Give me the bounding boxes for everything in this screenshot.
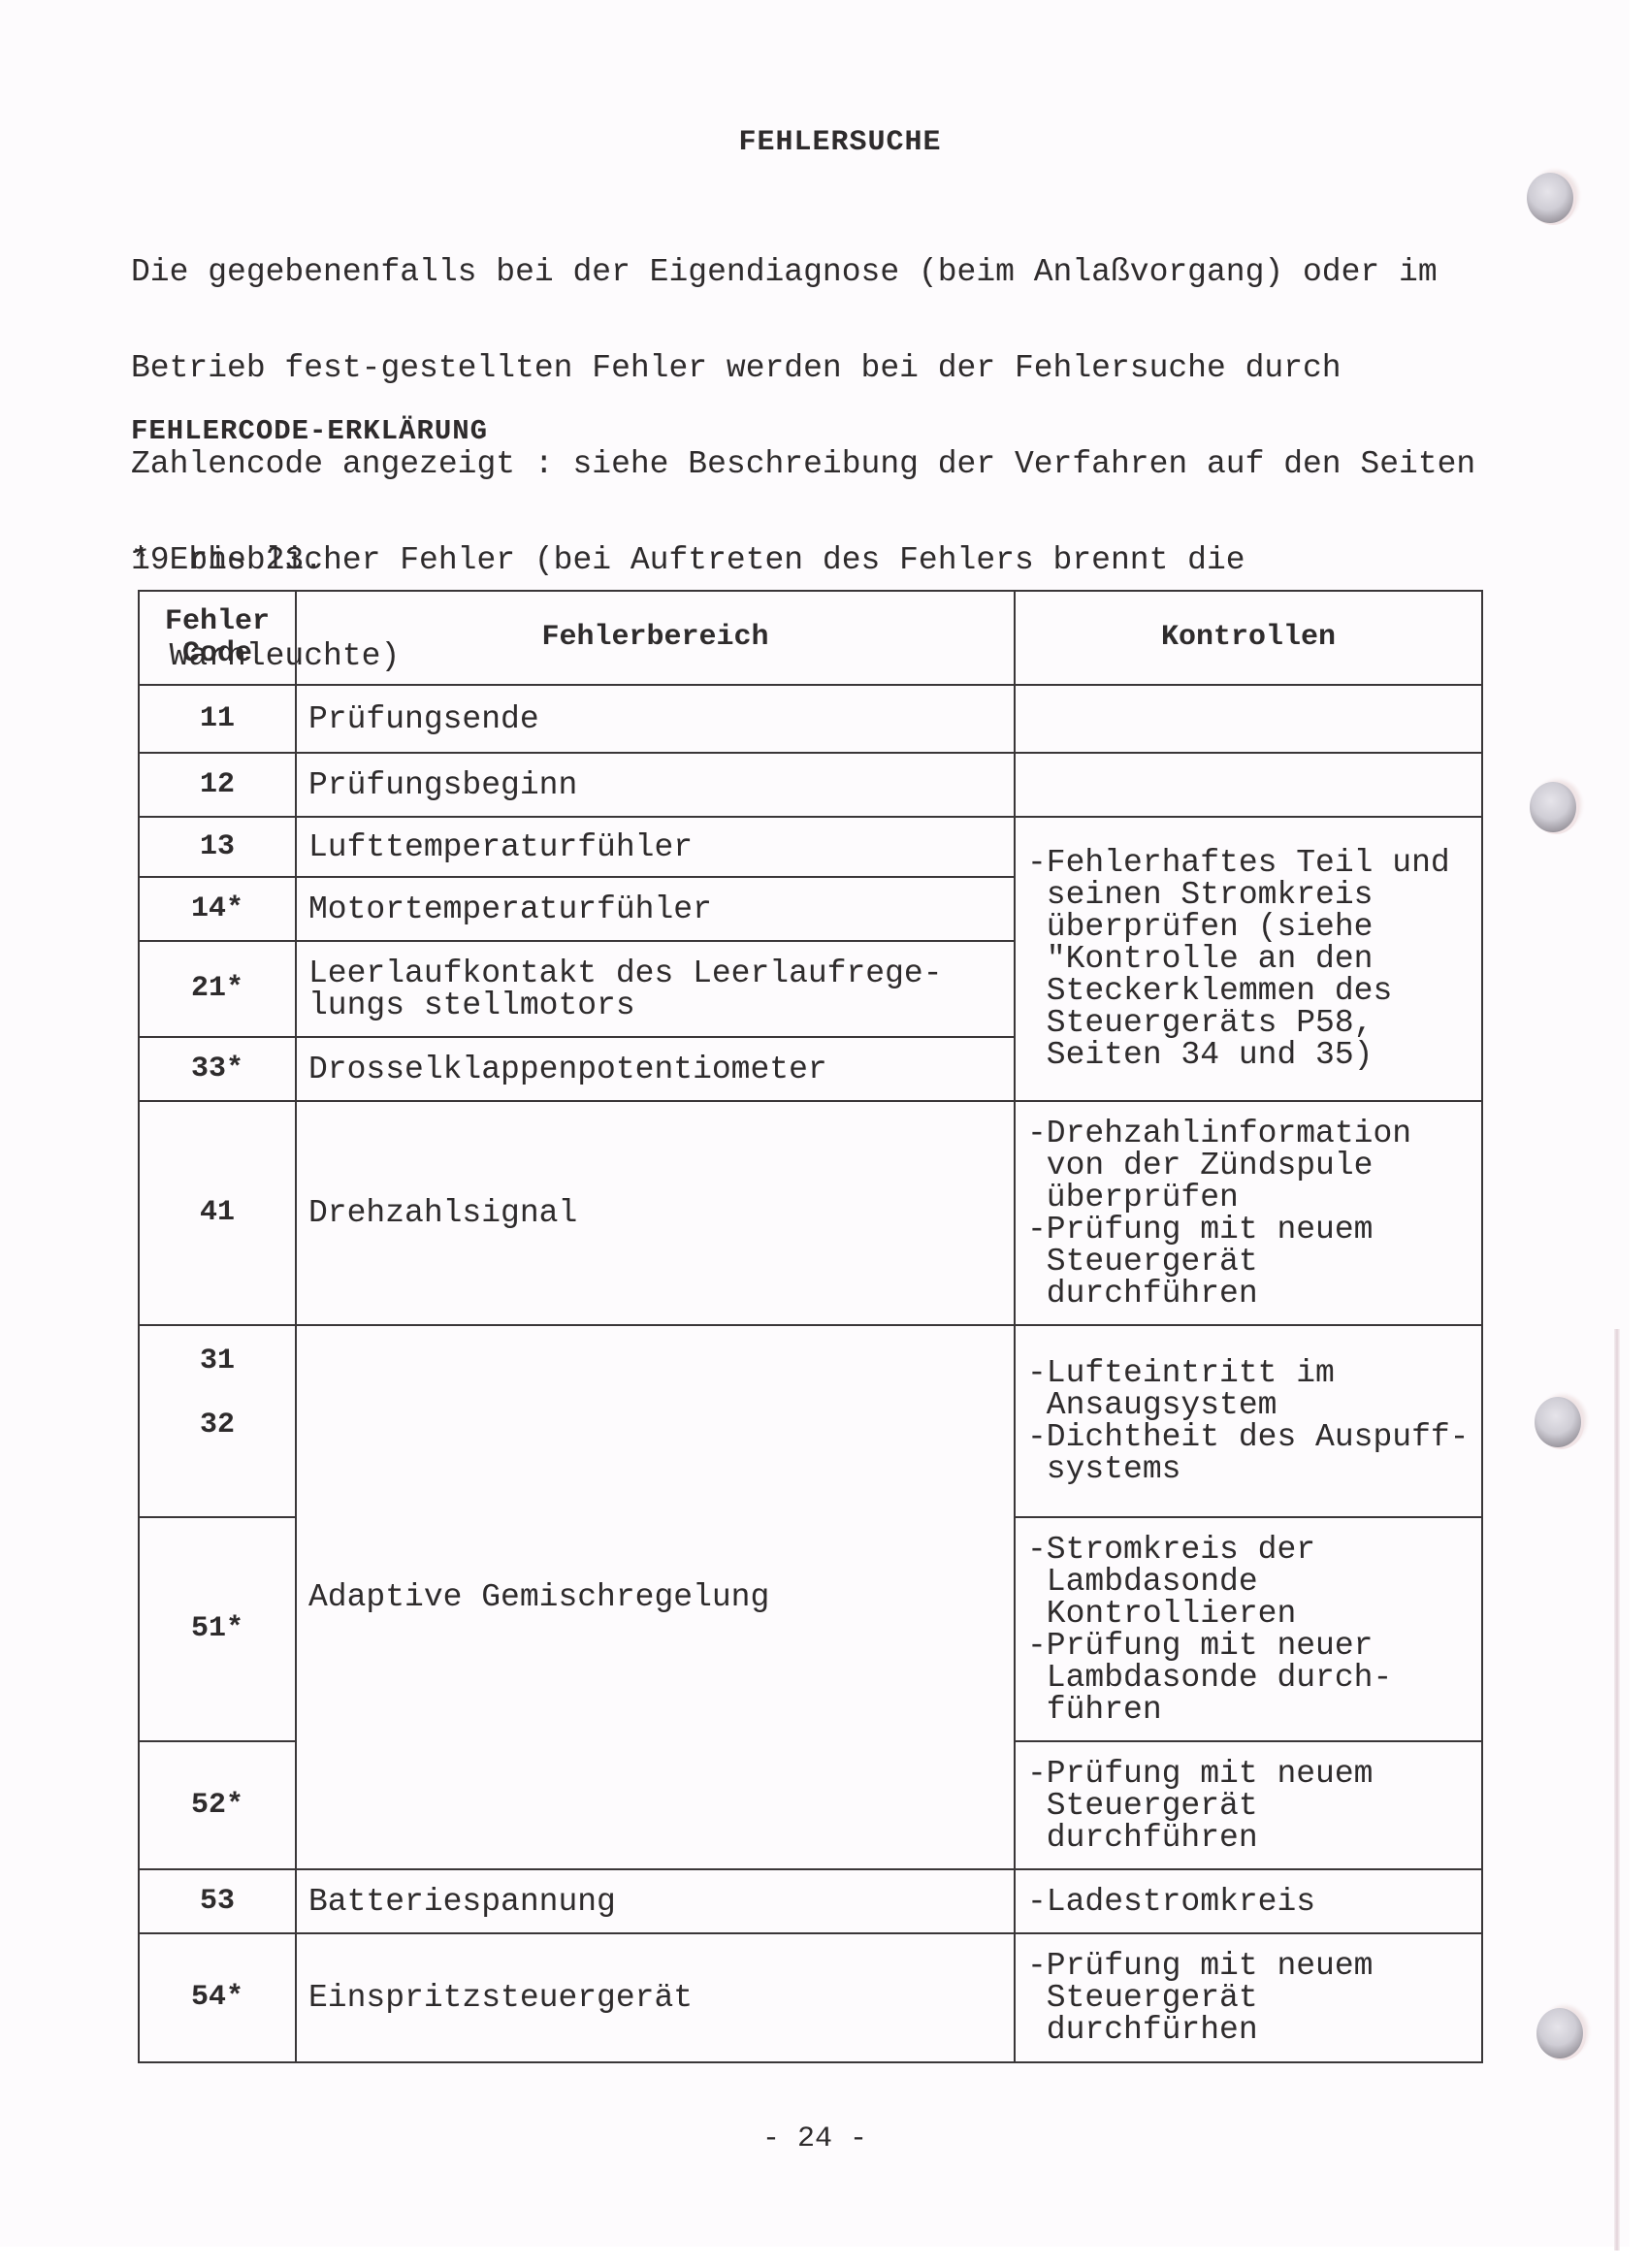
controls-cell: -Prüfung mit neuem Steuergerät durchfürh…: [1014, 1932, 1483, 2063]
error-code: 33*: [191, 1053, 243, 1085]
error-code-cell: 54*: [138, 1932, 297, 2063]
error-code: 41: [200, 1197, 235, 1229]
controls-cell: -Lufteintritt im Ansaugsystem -Dichtheit…: [1014, 1324, 1483, 1518]
controls-text: -Lufteintritt im Ansaugsystem -Dichtheit…: [1027, 1357, 1469, 1485]
error-area: Batteriespannung: [308, 1886, 616, 1918]
error-code: 11: [200, 703, 235, 735]
error-code-cell: 21*: [138, 940, 297, 1038]
error-code-cell: 3132: [138, 1324, 297, 1518]
error-code: 13: [200, 831, 235, 863]
controls-cell: [1014, 684, 1483, 754]
error-area-cell: Prüfungsende: [295, 684, 1016, 754]
error-code-cell: 12: [138, 752, 297, 818]
controls-text: -Ladestromkreis: [1027, 1886, 1315, 1918]
section-heading: FEHLERCODE-ERKLÄRUNG: [131, 415, 488, 448]
error-code-cell: 52*: [138, 1740, 297, 1870]
error-area-cell: Prüfungsbeginn: [295, 752, 1016, 818]
error-area: Adaptive Gemischregelung: [308, 1581, 769, 1613]
header-code: Fehler Code: [138, 590, 297, 686]
intro-line: Betrieb fest-gestellten Fehler werden be…: [131, 352, 1508, 384]
error-code: 12: [200, 769, 235, 801]
error-code-cell: 51*: [138, 1516, 297, 1742]
error-area: Einspritzsteuergerät: [308, 1982, 693, 2014]
error-code: 52*: [191, 1790, 243, 1822]
error-area: Prüfungsende: [308, 703, 539, 735]
column-header-area: Fehlerbereich: [541, 622, 768, 654]
controls-cell: [1014, 752, 1483, 818]
controls-cell: -Stromkreis der Lambdasonde Kontrolliere…: [1014, 1516, 1483, 1742]
note-line: * Erheblicher Fehler (bei Auftreten des …: [131, 544, 1245, 576]
punch-hole-icon: [1535, 1397, 1581, 1447]
error-code: 21*: [191, 973, 243, 1005]
error-code: 31: [200, 1345, 235, 1377]
controls-text: -Prüfung mit neuem Steuergerät durchführ…: [1027, 1758, 1373, 1854]
controls-text: -Stromkreis der Lambdasonde Kontrolliere…: [1027, 1534, 1392, 1726]
page-number: - 24 -: [0, 2122, 1630, 2155]
intro-line: Die gegebenenfalls bei der Eigendiagnose…: [131, 256, 1508, 288]
intro-line: Zahlencode angezeigt : siehe Beschreibun…: [131, 448, 1508, 480]
controls-text: -Prüfung mit neuem Steuergerät durchfürh…: [1027, 1950, 1373, 2046]
paper-edge-shadow: [1614, 1329, 1620, 2251]
error-code-cell: 11: [138, 684, 297, 754]
error-area: Drehzahlsignal: [308, 1197, 577, 1229]
column-header-controls: Kontrollen: [1161, 622, 1336, 654]
controls-cell: -Prüfung mit neuem Steuergerät durchführ…: [1014, 1740, 1483, 1870]
controls-cell: -Drehzahlinformation von der Zündspule ü…: [1014, 1100, 1483, 1326]
error-area-cell: Drosselklappenpotentiometer: [295, 1036, 1016, 1102]
error-area: Leerlaufkontakt des Leerlaufrege- lungs …: [308, 957, 943, 1021]
error-code: 51*: [191, 1613, 243, 1645]
error-code: 54*: [191, 1982, 243, 2014]
punch-hole-icon: [1536, 2008, 1583, 2058]
error-area-cell: Batteriespannung: [295, 1868, 1016, 1934]
header-controls: Kontrollen: [1014, 590, 1483, 686]
error-code-cell: 53: [138, 1868, 297, 1934]
error-area: Motortemperaturfühler: [308, 893, 712, 925]
punch-hole-icon: [1530, 782, 1576, 832]
controls-text: -Fehlerhaftes Teil und seinen Stromkreis…: [1027, 847, 1450, 1071]
error-area-cell: Einspritzsteuergerät: [295, 1932, 1016, 2063]
error-area-cell: Lufttemperaturfühler: [295, 816, 1016, 878]
error-area-cell: Motortemperaturfühler: [295, 876, 1016, 942]
error-code-stack: 3132: [200, 1345, 235, 1442]
error-area-cell: Leerlaufkontakt des Leerlaufrege- lungs …: [295, 940, 1016, 1038]
error-area-cell: Drehzahlsignal: [295, 1100, 1016, 1326]
error-area: Prüfungsbeginn: [308, 769, 577, 801]
error-code-cell: 41: [138, 1100, 297, 1326]
column-header-code: Fehler Code: [165, 606, 270, 670]
punch-hole-icon: [1527, 173, 1573, 223]
page-title: FEHLERSUCHE: [0, 126, 1649, 159]
header-area: Fehlerbereich: [295, 590, 1016, 686]
controls-cell: -Fehlerhaftes Teil und seinen Stromkreis…: [1014, 816, 1483, 1102]
error-code: 32: [200, 1409, 235, 1442]
error-code: 53: [200, 1886, 235, 1918]
controls-text: -Drehzahlinformation von der Zündspule ü…: [1027, 1118, 1411, 1310]
error-area-cell-merged: Adaptive Gemischregelung: [295, 1324, 1016, 1870]
error-area: Drosselklappenpotentiometer: [308, 1053, 827, 1085]
error-code-cell: 13: [138, 816, 297, 878]
error-code-cell: 14*: [138, 876, 297, 942]
error-area: Lufttemperaturfühler: [308, 831, 693, 863]
controls-cell: -Ladestromkreis: [1014, 1868, 1483, 1934]
error-code-cell: 33*: [138, 1036, 297, 1102]
error-code: 14*: [191, 893, 243, 925]
